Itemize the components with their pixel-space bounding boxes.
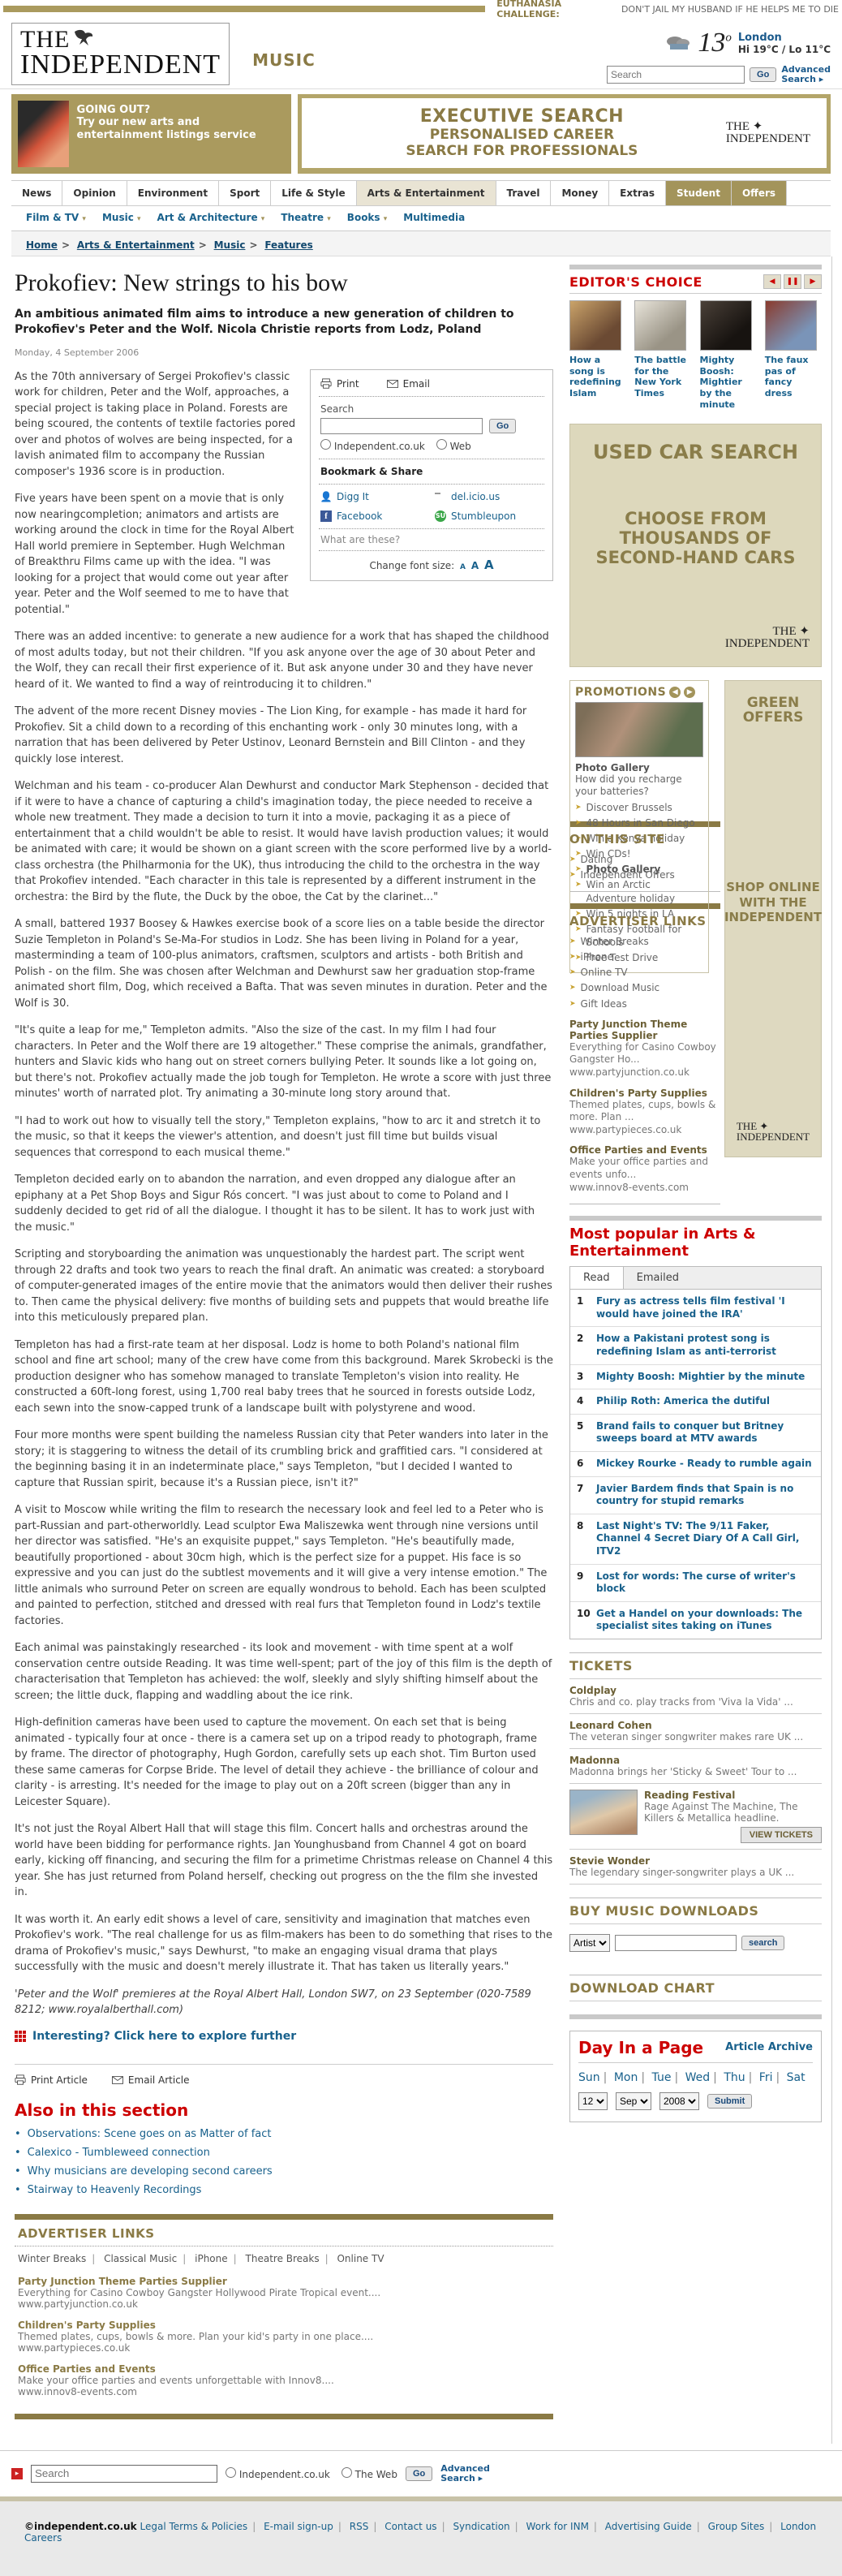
explore-further-link[interactable]: Interesting? Click here to explore furth… bbox=[15, 2030, 553, 2043]
advertiser-entry-url[interactable]: www.innov8-events.com bbox=[569, 1182, 720, 1195]
independent-logo[interactable]: THE INDEPENDENT bbox=[11, 23, 230, 85]
advertiser-entry-title[interactable]: Office Parties and Events bbox=[18, 2363, 550, 2375]
table-row: 10Get a Handel on your downloads: The sp… bbox=[570, 1602, 821, 1639]
sub-nav: Film & TV ▾ Music ▾ Art & Architecture ▾… bbox=[11, 206, 831, 231]
breadcrumb-features[interactable]: Features bbox=[264, 239, 312, 251]
right-sidebar: EDITOR'S CHOICE ◀ ❚❚ ▶ How a song is red… bbox=[565, 256, 832, 2444]
footer-scope-independent-radio[interactable]: Independent.co.uk bbox=[226, 2467, 330, 2480]
editors-choice-item: The battle for the New York Times bbox=[634, 300, 691, 411]
advertiser-entry: Office Parties and Events Make your offi… bbox=[15, 2358, 553, 2402]
most-popular-link[interactable]: Mickey Rourke - Ready to rumble again bbox=[596, 1458, 812, 1471]
tools-search-go-button[interactable]: Go bbox=[489, 419, 516, 433]
footer-link[interactable]: Work for INM bbox=[526, 2521, 589, 2532]
ticket-artist-link[interactable]: Leonard Cohen bbox=[569, 1720, 822, 1731]
buy-music-downloads: BUY MUSIC DOWNLOADS Artist search bbox=[569, 1898, 822, 1962]
advertiser-entry-title[interactable]: Party Junction Theme Parties Supplier bbox=[569, 1019, 720, 1041]
font-size-small[interactable]: A bbox=[460, 563, 466, 571]
advertiser-link[interactable]: Download Music bbox=[581, 981, 660, 994]
facebook-link[interactable]: fFacebook bbox=[320, 510, 428, 522]
going-out-text: Try our new arts and entertainment listi… bbox=[77, 116, 256, 141]
footer-link[interactable]: Group Sites bbox=[708, 2521, 765, 2532]
view-tickets-button[interactable]: VIEW TICKETS bbox=[741, 1827, 822, 1843]
digg-icon: 👤 bbox=[320, 491, 332, 502]
what-are-these-link[interactable]: What are these? bbox=[319, 529, 544, 551]
submit-button[interactable]: Submit bbox=[707, 2094, 752, 2109]
article-paragraph: There was an added incentive: to generat… bbox=[15, 629, 553, 692]
list-item: Win an Arctic Adventure holiday bbox=[575, 878, 703, 904]
tab-offers[interactable]: Offers bbox=[732, 181, 787, 205]
story-link[interactable]: How a song is redefining Islam bbox=[569, 355, 626, 399]
header-search-input[interactable] bbox=[607, 66, 745, 84]
going-out-promo[interactable]: GOING OUT?Try our new arts and entertain… bbox=[11, 94, 291, 174]
advertiser-entry: Office Parties and Events Make your offi… bbox=[569, 1144, 720, 1194]
ticket-desc: Chris and co. play tracks from 'Viva la … bbox=[569, 1696, 822, 1708]
carousel-pause-button[interactable]: ❚❚ bbox=[784, 274, 801, 289]
story-thumbnail[interactable] bbox=[765, 300, 817, 351]
day-link[interactable]: Sun bbox=[578, 2071, 600, 2084]
article-paragraph: Four more months were spent building the… bbox=[15, 1428, 553, 1491]
article-paragraph: High-definition cameras have been used t… bbox=[15, 1715, 553, 1810]
article-footnote: 'Peter and the Wolf' premieres at the Ro… bbox=[15, 1987, 553, 2018]
editors-choice-title: EDITOR'S CHOICE bbox=[569, 274, 702, 290]
header-search-go-button[interactable]: Go bbox=[750, 67, 776, 82]
download-chart-title: DOWNLOAD CHART bbox=[569, 1975, 822, 2001]
also-link[interactable]: Calexico - Tumbleweed connection bbox=[28, 2147, 210, 2159]
on-this-site-link[interactable]: Independent Offers bbox=[581, 868, 675, 881]
article-paragraph: A visit to Moscow while writing the film… bbox=[15, 1502, 553, 1629]
exec-ad-line2: PERSONALISED CAREER bbox=[318, 127, 726, 143]
advertiser-entry-title[interactable]: Office Parties and Events bbox=[569, 1144, 720, 1156]
green-offers-ad[interactable]: GREEN OFFERS SHOP ONLINE WITH THE INDEPE… bbox=[724, 680, 822, 1157]
stumbleupon-icon: SU bbox=[435, 510, 446, 522]
table-row: 6Mickey Rourke - Ready to rumble again bbox=[570, 1452, 821, 1477]
footer-link[interactable]: E-mail sign-up bbox=[264, 2521, 333, 2532]
most-popular-link[interactable]: Philip Roth: America the dutiful bbox=[596, 1395, 770, 1408]
article-paragraph: It's not just the Royal Albert Hall that… bbox=[15, 1821, 553, 1901]
list-item: Observations: Scene goes on as Matter of… bbox=[15, 2128, 553, 2140]
gold-bar bbox=[3, 6, 485, 12]
footer-go-button[interactable]: Go bbox=[406, 2466, 432, 2481]
editors-choice-item: How a song is redefining Islam bbox=[569, 300, 626, 411]
most-popular-title: Most popular in Arts & Entertainment bbox=[569, 1226, 822, 1260]
envelope-icon bbox=[112, 2074, 123, 2086]
most-popular-link[interactable]: Last Night's TV: The 9/11 Faker, Channel… bbox=[596, 1520, 814, 1558]
advertiser-links-bottom: ADVERTISER LINKS Winter Breaks| Classica… bbox=[15, 2214, 553, 2419]
breadcrumb-arts[interactable]: Arts & Entertainment bbox=[77, 239, 195, 251]
printer-icon bbox=[320, 378, 332, 390]
weather-city: London bbox=[738, 32, 831, 44]
independent-eagle-icon bbox=[73, 28, 94, 46]
ticket-desc: The veteran singer songwriter makes rare… bbox=[569, 1731, 822, 1742]
download-chart: DOWNLOAD CHART bbox=[569, 1975, 822, 2001]
year-select[interactable]: 2008 bbox=[659, 2092, 699, 2110]
article-date: Monday, 4 September 2006 bbox=[15, 347, 553, 358]
list-item: Download Music bbox=[569, 981, 720, 994]
table-row: 5Brand fails to conquer but Britney swee… bbox=[570, 1415, 821, 1452]
tab-travel[interactable]: Travel bbox=[496, 181, 552, 205]
print-article-link[interactable]: Print Article bbox=[15, 2074, 88, 2086]
green-offers-title: GREEN OFFERS bbox=[730, 696, 816, 726]
editors-choice-item: Mighty Boosh: Mightier by the minute bbox=[700, 300, 757, 411]
day-link[interactable]: Tue bbox=[652, 2071, 672, 2084]
editors-choice: EDITOR'S CHOICE ◀ ❚❚ ▶ How a song is red… bbox=[569, 265, 822, 411]
table-row: 2How a Pakistani protest song is redefin… bbox=[570, 1327, 821, 1364]
weather-hilo: Hi 19°C / Lo 11°C bbox=[738, 44, 831, 55]
article-paragraph: Templeton decided early on to abandon th… bbox=[15, 1172, 553, 1235]
day-in-a-page: Day In a Page Article Archive Sun| Mon| … bbox=[569, 2031, 822, 2122]
tab-read[interactable]: Read bbox=[570, 1267, 624, 1289]
advertiser-entry-desc: Everything for Casino Cowboy Gangster Ho… bbox=[18, 2287, 550, 2298]
promotions-photo[interactable] bbox=[575, 702, 703, 757]
month-select[interactable]: Sep bbox=[616, 2092, 651, 2110]
story-thumbnail[interactable] bbox=[700, 300, 752, 351]
tab-extras[interactable]: Extras bbox=[609, 181, 666, 205]
tab-emailed[interactable]: Emailed bbox=[624, 1267, 692, 1289]
tab-money[interactable]: Money bbox=[551, 181, 609, 205]
email-article-link[interactable]: Email Article bbox=[112, 2074, 190, 2086]
grid-icon bbox=[15, 2031, 26, 2042]
tab-life-style[interactable]: Life & Style bbox=[271, 181, 356, 205]
tab-news[interactable]: News bbox=[11, 181, 62, 205]
cloud-icon bbox=[664, 33, 691, 53]
table-row: 9Lost for words: The curse of writer's b… bbox=[570, 1565, 821, 1602]
subnav-theatre[interactable]: Theatre ▾ bbox=[281, 212, 330, 223]
day-in-page-title: Day In a Page bbox=[578, 2038, 703, 2057]
table-row: 1Fury as actress tells film festival 'I … bbox=[570, 1290, 821, 1327]
most-popular-link[interactable]: Javier Bardem finds that Spain is no cou… bbox=[596, 1483, 814, 1508]
most-popular-link[interactable]: Get a Handel on your downloads: The spec… bbox=[596, 1608, 814, 1633]
article-paragraph: Welchman and his team - co-producer Alan… bbox=[15, 778, 553, 905]
tab-environment[interactable]: Environment bbox=[127, 181, 219, 205]
section-label: MUSIC bbox=[252, 50, 316, 70]
news-ticker: EUTHANASIA CHALLENGE: DON'T JAIL MY HUSB… bbox=[0, 0, 842, 18]
promo-photo-title: Photo Gallery bbox=[575, 762, 703, 773]
advertiser-entry: Children's Party Supplies Themed plates,… bbox=[569, 1088, 720, 1137]
font-size-control: Change font size: A A A bbox=[319, 551, 544, 574]
carousel-prev-button[interactable]: ◀ bbox=[763, 274, 781, 289]
ticket-desc: Rage Against The Machine, The Killers & … bbox=[644, 1801, 822, 1824]
footer-link[interactable]: RSS bbox=[350, 2521, 369, 2532]
list-item: Calexico - Tumbleweed connection bbox=[15, 2147, 553, 2159]
also-in-section-title: Also in this section bbox=[15, 2100, 553, 2120]
ticket-artist-link[interactable]: Reading Festival bbox=[644, 1790, 822, 1801]
most-popular: Most popular in Arts & Entertainment Rea… bbox=[569, 1216, 822, 1639]
article-paragraph: Scripting and storyboarding the animatio… bbox=[15, 1247, 553, 1326]
promotions-title: PROMOTIONS bbox=[575, 686, 666, 699]
carousel-next-button[interactable]: ▶ bbox=[804, 274, 822, 289]
ticket-artist-link[interactable]: Coldplay bbox=[569, 1685, 822, 1696]
ticket-artist-link[interactable]: Stevie Wonder bbox=[569, 1855, 822, 1867]
article-paragraph: Each animal was painstakingly researched… bbox=[15, 1640, 553, 1704]
advertiser-entry: Children's Party Supplies Themed plates,… bbox=[15, 2315, 553, 2358]
going-out-title: GOING OUT? bbox=[77, 104, 151, 116]
advertiser-entry-url[interactable]: www.partyjunction.co.uk bbox=[18, 2298, 550, 2310]
going-out-photo bbox=[18, 101, 69, 167]
weather-widget: 13o London Hi 19°C / Lo 11°C bbox=[607, 29, 831, 57]
advertiser-link[interactable]: iPhone bbox=[195, 2253, 228, 2264]
breadcrumb-home[interactable]: Home bbox=[26, 239, 58, 251]
main-nav: News Opinion Environment Sport Life & St… bbox=[11, 180, 831, 206]
executive-search-ad[interactable]: EXECUTIVE SEARCH PERSONALISED CAREER SEA… bbox=[298, 94, 831, 174]
used-car-search-ad[interactable]: USED CAR SEARCH CHOOSE FROM THOUSANDS OF… bbox=[569, 424, 822, 667]
article-paragraph: "I had to work out how to visually tell … bbox=[15, 1114, 553, 1161]
article-paragraph: "It's quite a leap for me," Templeton ad… bbox=[15, 1023, 553, 1102]
also-link[interactable]: Why musicians are developing second care… bbox=[28, 2165, 273, 2178]
green-offers-brand: THE ✦INDEPENDENT bbox=[737, 1121, 810, 1142]
green-offers-text: SHOP ONLINE WITH THE INDEPENDENT bbox=[724, 880, 822, 925]
digg-link[interactable]: 👤Digg It bbox=[320, 491, 428, 502]
day-link[interactable]: Sat bbox=[787, 2071, 805, 2084]
printer-icon bbox=[15, 2074, 26, 2086]
article-standfirst: An ambitious animated film aims to intro… bbox=[15, 307, 553, 338]
subnav-art-architecture[interactable]: Art & Architecture ▾ bbox=[157, 212, 265, 223]
list-item: 48 Hours in San Diego bbox=[575, 816, 703, 829]
story-link[interactable]: The faux pas of fancy dress bbox=[765, 355, 822, 399]
delicious-link[interactable]: del.icio.us bbox=[435, 491, 543, 502]
exec-ad-brand: THE ✦INDEPENDENT bbox=[726, 121, 810, 145]
most-popular-link[interactable]: Mighty Boosh: Mightier by the minute bbox=[596, 1371, 805, 1384]
facebook-icon: f bbox=[320, 510, 332, 522]
festival-thumbnail[interactable] bbox=[569, 1790, 638, 1835]
gold-bar bbox=[15, 2414, 553, 2419]
most-popular-link[interactable]: Fury as actress tells film festival 'I w… bbox=[596, 1295, 814, 1320]
tab-student[interactable]: Student bbox=[666, 181, 732, 205]
footer-search-input[interactable] bbox=[31, 2465, 217, 2483]
also-link[interactable]: Stairway to Heavenly Recordings bbox=[28, 2184, 202, 2196]
list-item: Gift Ideas bbox=[569, 997, 720, 1010]
ticket-artist-link[interactable]: Madonna bbox=[569, 1755, 822, 1766]
advertiser-entry-title[interactable]: Children's Party Supplies bbox=[569, 1088, 720, 1099]
article-paragraph: It was worth it. An early edit shows a l… bbox=[15, 1912, 553, 1975]
advertiser-entry-title[interactable]: Party Junction Theme Parties Supplier bbox=[18, 2276, 550, 2287]
ticket-entry: Leonard Cohen The veteran singer songwri… bbox=[569, 1714, 822, 1749]
ticket-entry: Coldplay Chris and co. play tracks from … bbox=[569, 1679, 822, 1714]
delicious-icon bbox=[435, 491, 446, 502]
advertiser-link[interactable]: Winter Breaks bbox=[18, 2253, 86, 2264]
promo-link[interactable]: Discover Brussels bbox=[586, 801, 672, 814]
day-link[interactable]: Wed bbox=[685, 2071, 711, 2084]
masthead: THE INDEPENDENT MUSIC 13o London Hi 19°C… bbox=[0, 18, 842, 89]
breadcrumb-music[interactable]: Music bbox=[214, 239, 246, 251]
ticket-desc: The legendary singer-songwriter plays a … bbox=[569, 1867, 822, 1878]
article-title: Prokofiev: New strings to his bow bbox=[15, 269, 553, 297]
exec-ad-line1: EXECUTIVE SEARCH bbox=[318, 106, 726, 127]
ticket-entry: Reading Festival Rage Against The Machin… bbox=[569, 1784, 822, 1850]
promo-link[interactable]: 48 Hours in San Diego bbox=[586, 816, 695, 829]
article-tools-box: Print Email Search Go Independent.co.uk … bbox=[310, 369, 553, 581]
advertiser-entry-desc: Make your office parties and events unfo… bbox=[18, 2375, 550, 2386]
article-paragraph: The advent of the more recent Disney mov… bbox=[15, 704, 553, 767]
footer-scope-web-radio[interactable]: The Web bbox=[342, 2467, 397, 2480]
promotions-prev-button[interactable]: ◀ bbox=[669, 687, 681, 698]
promo-photo-caption: How did you recharge your batteries? bbox=[575, 773, 703, 798]
font-size-medium[interactable]: A bbox=[471, 560, 479, 571]
gold-bar bbox=[15, 2214, 553, 2220]
scope-independent-radio[interactable]: Independent.co.uk bbox=[320, 439, 425, 452]
bookmark-share-title: Bookmark & Share bbox=[320, 466, 423, 477]
advertiser-entry-desc: Themed plates, cups, bowls & more. Plan … bbox=[18, 2331, 550, 2342]
tickets-module: TICKETS Coldplay Chris and co. play trac… bbox=[569, 1652, 822, 1885]
advertiser-link[interactable]: Online TV bbox=[337, 2253, 384, 2264]
scope-web-radio[interactable]: Web bbox=[436, 439, 471, 452]
footer-advanced-search-link[interactable]: AdvancedSearch ▸ bbox=[440, 2464, 490, 2483]
advertiser-entry: Party Junction Theme Parties Supplier Ev… bbox=[569, 1019, 720, 1079]
ticker-label: EUTHANASIA CHALLENGE: bbox=[496, 0, 618, 19]
logo-the: THE bbox=[20, 28, 70, 52]
editors-choice-item: The faux pas of fancy dress bbox=[765, 300, 822, 411]
ticket-entry: Madonna Madonna brings her 'Sticky & Swe… bbox=[569, 1749, 822, 1784]
search-icon: ▸ bbox=[11, 2468, 23, 2479]
used-car-title: USED CAR SEARCH bbox=[582, 441, 810, 463]
music-search-input[interactable] bbox=[615, 1935, 737, 1951]
weather-temp: 13o bbox=[698, 29, 732, 57]
subnav-multimedia[interactable]: Multimedia bbox=[403, 212, 465, 223]
font-size-large[interactable]: A bbox=[484, 558, 494, 572]
stumbleupon-link[interactable]: SUStumbleupon bbox=[435, 510, 543, 522]
tab-opinion[interactable]: Opinion bbox=[62, 181, 127, 205]
table-row: 8Last Night's TV: The 9/11 Faker, Channe… bbox=[570, 1514, 821, 1565]
article-column: Prokofiev: New strings to his bow An amb… bbox=[15, 256, 553, 2444]
logo-independent: INDEPENDENT bbox=[20, 52, 221, 78]
email-link[interactable]: Email bbox=[387, 378, 430, 390]
advertiser-link[interactable]: Winter Breaks bbox=[581, 935, 649, 948]
advertiser-link[interactable]: Theatre Breaks bbox=[246, 2253, 320, 2264]
also-link[interactable]: Observations: Scene goes on as Matter of… bbox=[28, 2128, 272, 2140]
most-popular-link[interactable]: How a Pakistani protest song is redefini… bbox=[596, 1333, 814, 1358]
promotions-box: PROMOTIONS ◀ ▶ Photo Gallery How did you… bbox=[569, 680, 709, 973]
footer-link[interactable]: Contact us bbox=[384, 2521, 436, 2532]
tab-sport[interactable]: Sport bbox=[219, 181, 271, 205]
advertiser-entry-desc: Themed plates, cups, bowls & more. Plan … bbox=[569, 1099, 720, 1124]
advertiser-entry-url[interactable]: www.innov8-events.com bbox=[18, 2386, 550, 2397]
footer-link[interactable]: Advertising Guide bbox=[605, 2521, 692, 2532]
table-row: 3Mighty Boosh: Mightier by the minute bbox=[570, 1365, 821, 1390]
advertiser-entry-desc: Make your office parties and events unfo… bbox=[569, 1156, 720, 1181]
advertiser-entry: Party Junction Theme Parties Supplier Ev… bbox=[15, 2271, 553, 2315]
footer-link[interactable]: Legal Terms & Policies bbox=[140, 2521, 248, 2532]
advanced-search-link[interactable]: AdvancedSearch ▸ bbox=[781, 65, 831, 84]
footer-link[interactable]: Syndication bbox=[453, 2521, 509, 2532]
promo-link[interactable]: Win an Arctic Adventure holiday bbox=[586, 878, 703, 904]
exec-ad-line3: SEARCH FOR PROFESSIONALS bbox=[318, 143, 726, 159]
ticket-entry: Stevie Wonder The legendary singer-songw… bbox=[569, 1850, 822, 1885]
breadcrumb: Home> Arts & Entertainment> Music> Featu… bbox=[11, 231, 831, 256]
music-search-button[interactable]: search bbox=[741, 1936, 784, 1950]
used-car-brand: THE ✦INDEPENDENT bbox=[582, 626, 810, 650]
advertiser-entry-url[interactable]: www.partypieces.co.uk bbox=[569, 1124, 720, 1137]
most-popular-link[interactable]: Brand fails to conquer but Britney sweep… bbox=[596, 1420, 814, 1445]
advertiser-entry-title[interactable]: Children's Party Supplies bbox=[18, 2320, 550, 2331]
day-select[interactable]: 12 bbox=[578, 2092, 608, 2110]
tools-search-input[interactable] bbox=[320, 418, 483, 434]
tickets-title: TICKETS bbox=[569, 1652, 822, 1679]
article-paragraph: Templeton has had a first-rate team at h… bbox=[15, 1338, 553, 1417]
story-link[interactable]: Mighty Boosh: Mightier by the minute bbox=[700, 355, 757, 411]
envelope-icon bbox=[387, 378, 398, 390]
advertiser-link[interactable]: Classical Music bbox=[104, 2253, 177, 2264]
advertiser-links-title: ADVERTISER LINKS bbox=[569, 914, 720, 928]
list-item: Why musicians are developing second care… bbox=[15, 2165, 553, 2178]
advertiser-links-title: ADVERTISER LINKS bbox=[15, 2220, 553, 2246]
music-search-type-select[interactable]: Artist bbox=[569, 1934, 610, 1952]
day-link[interactable]: Thu bbox=[724, 2071, 745, 2084]
advertiser-link[interactable]: Gift Ideas bbox=[581, 997, 627, 1010]
print-link[interactable]: Print bbox=[320, 378, 359, 390]
buy-music-title: BUY MUSIC DOWNLOADS bbox=[569, 1898, 822, 1924]
footer-links: ©independent.co.uk Legal Terms & Policie… bbox=[0, 2501, 842, 2576]
advertiser-entry-desc: Everything for Casino Cowboy Gangster Ho… bbox=[569, 1041, 720, 1066]
advertiser-entry-url[interactable]: www.partyjunction.co.uk bbox=[569, 1066, 720, 1079]
advertiser-link[interactable]: iPhone bbox=[581, 950, 614, 963]
day-link[interactable]: Fri bbox=[759, 2071, 773, 2084]
used-car-text: CHOOSE FROM THOUSANDS OF SECOND-HAND CAR… bbox=[582, 509, 810, 567]
advertiser-link[interactable]: Online TV bbox=[581, 966, 628, 979]
advertiser-entry-url[interactable]: www.partypieces.co.uk bbox=[18, 2342, 550, 2354]
subnav-film-tv[interactable]: Film & TV ▾ bbox=[26, 212, 86, 223]
ticker-text: DON'T JAIL MY HUSBAND IF HE HELPS ME TO … bbox=[621, 4, 839, 15]
story-link[interactable]: The battle for the New York Times bbox=[634, 355, 691, 399]
list-item: Discover Brussels bbox=[575, 801, 703, 814]
article-paragraph: A small, battered 1937 Boosey & Hawkes e… bbox=[15, 916, 553, 1011]
day-link[interactable]: Mon bbox=[614, 2071, 638, 2084]
subnav-books[interactable]: Books ▾ bbox=[347, 212, 387, 223]
tab-arts-entertainment[interactable]: Arts & Entertainment bbox=[357, 181, 496, 205]
table-row: 4Philip Roth: America the dutiful bbox=[570, 1389, 821, 1415]
table-row: 7Javier Bardem finds that Spain is no co… bbox=[570, 1477, 821, 1514]
copyright: ©independent.co.uk bbox=[24, 2521, 137, 2532]
subnav-music[interactable]: Music ▾ bbox=[102, 212, 141, 223]
on-this-site-link[interactable]: Dating bbox=[581, 853, 613, 866]
promotions-next-button[interactable]: ▶ bbox=[684, 687, 695, 698]
story-thumbnail[interactable] bbox=[634, 300, 686, 351]
article-archive-link[interactable]: Article Archive bbox=[725, 2041, 813, 2053]
story-thumbnail[interactable] bbox=[569, 300, 621, 351]
tools-search-label: Search bbox=[320, 403, 543, 415]
footer-search: ▸ Independent.co.uk The Web Go AdvancedS… bbox=[0, 2450, 842, 2496]
list-item: Stairway to Heavenly Recordings bbox=[15, 2184, 553, 2196]
ticket-desc: Madonna brings her 'Sticky & Sweet' Tour… bbox=[569, 1766, 822, 1777]
most-popular-link[interactable]: Lost for words: The curse of writer's bl… bbox=[596, 1570, 814, 1596]
